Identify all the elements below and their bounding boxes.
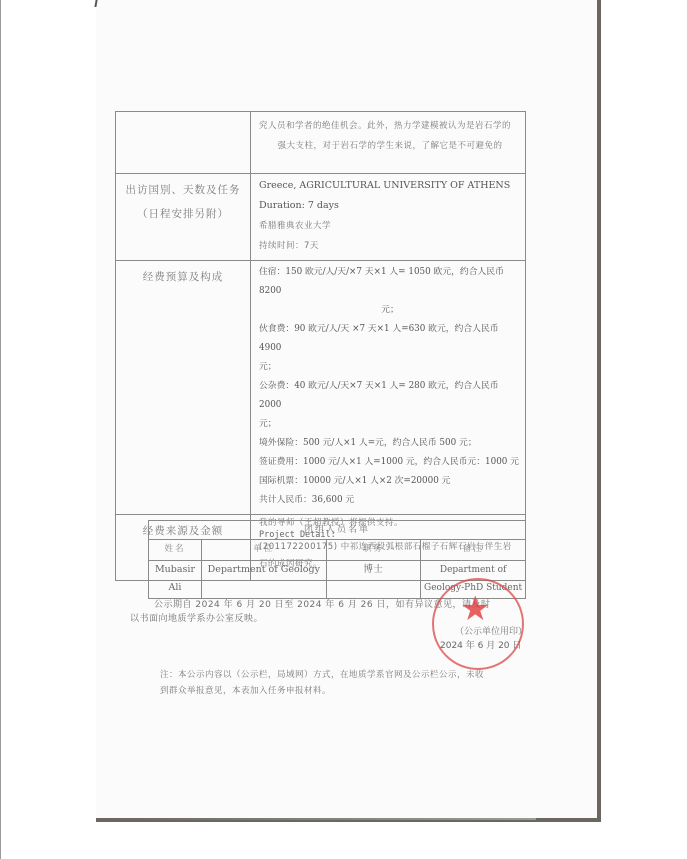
publicity-notice: 公示期自 2024 年 6 月 20 日至 2024 年 6 月 26 日，如有…	[150, 598, 530, 626]
roster-remark-line-1: Department of	[421, 561, 525, 579]
continued-line-1: 究人员和学者的绝佳机会。此外，热力学建模被认为是岩石学的	[259, 116, 521, 136]
seal-label: （公示单位用印）	[455, 624, 527, 637]
continued-row: 究人员和学者的绝佳机会。此外，热力学建模被认为是岩石学的 强大支柱，对于岩石学的…	[116, 112, 526, 174]
application-form-table: 究人员和学者的绝佳机会。此外，热力学建模被认为是岩石学的 强大支柱，对于岩石学的…	[115, 111, 526, 581]
roster-name-line-2: Ali	[149, 579, 201, 597]
seal-date: 2024 年 6 月 20 日	[440, 638, 521, 651]
budget-line-accommodation-cont: 元；	[259, 301, 521, 320]
budget-line-insurance: 境外保险：500 元/人×1 人=元，约合人民币 500 元；	[259, 434, 521, 453]
table-row: Mubasir Ali Department of Geology 博士 Dep…	[149, 561, 526, 599]
budget-line-total: 共计人民币：36,600 元	[259, 491, 521, 510]
destination-line-1: Greece, AGRICULTURAL UNIVERSITY OF ATHEN…	[259, 176, 521, 196]
roster-title-row: 团组人员名单	[149, 521, 526, 540]
budget-line-misc-cont: 元；	[259, 415, 521, 434]
roster-name-line-1: Mubasir	[149, 561, 201, 579]
roster-unit: Department of Geology	[201, 561, 326, 599]
scan-left-edge	[0, 0, 1, 859]
destination-label-line-1: 出访国别、天数及任务	[116, 178, 250, 202]
destination-line-4: 持续时间：7天	[259, 236, 521, 256]
destination-line-2: Duration: 7 days	[259, 196, 521, 216]
continued-row-label	[116, 112, 251, 174]
budget-line-airfare: 国际机票：10000 元/人×1 人×2 次=20000 元	[259, 472, 521, 491]
footnote-line-1: 注：本公示内容以（公示栏，局域网）方式，在地质学系官网及公示栏公示，未收	[160, 667, 540, 683]
roster-col-position: 职务	[326, 540, 421, 561]
budget-line-visa: 签证费用：1000 元/人×1 人=1000 元，约合人民币元：1000 元	[259, 453, 521, 472]
destination-label: 出访国别、天数及任务 （日程安排另附）	[116, 174, 251, 261]
roster-name: Mubasir Ali	[149, 561, 202, 599]
budget-line-misc: 公杂费：40 欧元/人/天×7 天×1 人= 280 欧元，约合人民币 2000	[259, 377, 521, 415]
publicity-notice-line-1: 公示期自 2024 年 6 月 20 日至 2024 年 6 月 26 日，如有…	[130, 598, 530, 612]
roster-table: 团组人员名单 姓名 单位 职务 备注 Mubasir Ali Departmen…	[148, 520, 526, 599]
destination-value: Greece, AGRICULTURAL UNIVERSITY OF ATHEN…	[251, 174, 526, 261]
budget-line-accommodation: 住宿：150 欧元/人/天/×7 天×1 人= 1050 欧元，约合人民币 82…	[259, 263, 521, 301]
destination-row: 出访国别、天数及任务 （日程安排另附） Greece, AGRICULTURAL…	[116, 174, 526, 261]
budget-value: 住宿：150 欧元/人/天/×7 天×1 人= 1050 欧元，约合人民币 82…	[251, 261, 526, 515]
roster-col-unit: 单位	[201, 540, 326, 561]
roster-remark-line-2: Geology-PhD Student	[421, 579, 525, 597]
continued-row-value: 究人员和学者的绝佳机会。此外，热力学建模被认为是岩石学的 强大支柱，对于岩石学的…	[251, 112, 526, 174]
footnote-line-2: 到群众举报意见，本表加入任务申报材料。	[160, 683, 540, 699]
footnote: 注：本公示内容以（公示栏，局域网）方式，在地质学系官网及公示栏公示，未收 到群众…	[160, 667, 540, 699]
budget-label: 经费预算及构成	[116, 261, 251, 515]
budget-line-meals-cont: 元；	[259, 358, 521, 377]
roster-header-row: 姓名 单位 职务 备注	[149, 540, 526, 561]
budget-row: 经费预算及构成 住宿：150 欧元/人/天/×7 天×1 人= 1050 欧元，…	[116, 261, 526, 515]
paper-shadow	[96, 818, 536, 820]
destination-line-3: 希腊雅典农业大学	[259, 216, 521, 236]
continued-line-2: 强大支柱，对于岩石学的学生来说，了解它是不可避免的	[259, 136, 521, 156]
budget-line-meals: 伙食费：90 欧元/人/天 ×7 天×1 人=630 欧元，约合人民币 4900	[259, 320, 521, 358]
roster-position: 博士	[326, 561, 421, 599]
roster-col-name: 姓名	[149, 540, 202, 561]
roster-title: 团组人员名单	[149, 521, 526, 540]
destination-label-line-2: （日程安排另附）	[116, 202, 250, 226]
roster-remark: Department of Geology-PhD Student	[421, 561, 526, 599]
roster-col-remark: 备注	[421, 540, 526, 561]
